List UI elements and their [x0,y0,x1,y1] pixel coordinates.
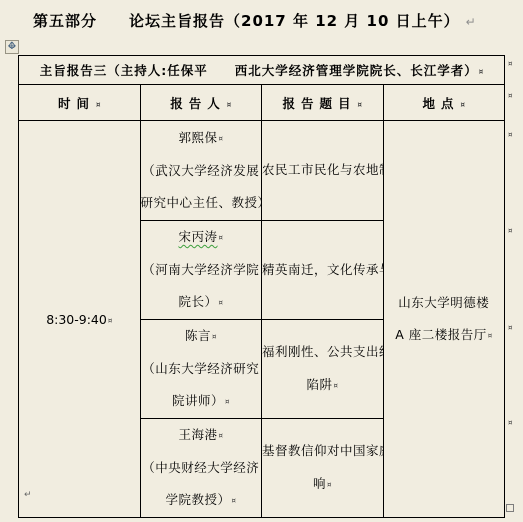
end-of-cell-mark: ¤ [227,101,231,109]
speaker-cell[interactable]: 宋丙涛¤ （河南大学经济学院 院长）¤ [140,221,262,320]
column-header-row: 时间¤ 报告人¤ 报告题目¤ 地点¤ [19,85,505,121]
table-move-handle[interactable]: ↔ ↕ [5,40,19,54]
topic-text: 农民工市民化与农地制度改革 [262,162,383,177]
document-title-text: 第五部分 论坛主旨报告（2017 年 12 月 10 日上午） [33,12,460,30]
end-of-row-mark: ¤ [508,324,512,332]
topic-cell[interactable]: 福利刚性、公共支出结构与福利 陷阱¤ [262,320,384,419]
topic-text: 精英南迁，文化传承与经济发展 [262,262,383,277]
word-document-page: 第五部分 论坛主旨报告（2017 年 12 月 10 日上午）↵ ↔ ↕ 主旨报… [0,0,523,522]
topic-cell[interactable]: 精英南迁，文化传承与经济发展¤ [262,221,384,320]
end-of-cell-mark: ¤ [219,234,223,242]
column-header-time[interactable]: 时间¤ [19,85,141,121]
topic-text-line: 陷阱 [307,377,333,392]
end-of-cell-mark: ¤ [219,432,223,440]
topic-text-line: 福利刚性、公共支出结构与福利 [262,335,383,368]
session-header-row: 主旨报告三（主持人:任保平 西北大学经济管理学院院长、长江学者）¤ [19,56,505,85]
column-header-topic-text: 报告题目 [283,96,357,111]
speaker-cell[interactable]: 陈言¤ （山东大学经济研究 院讲师）¤ [140,320,262,419]
topic-cell[interactable]: 基督教信仰对中国家庭生育率的影 响¤ [262,419,384,518]
column-header-topic[interactable]: 报告题目¤ [262,85,384,121]
speaker-affiliation-line: （中央财经大学经济 [141,452,262,484]
venue-cell[interactable]: 山东大学明德楼 A 座二楼报告厅¤ [383,121,505,518]
session-header-text: 主旨报告三（主持人:任保平 西北大学经济管理学院院长、长江学者） [40,63,478,78]
end-of-cell-mark: ¤ [488,332,492,340]
column-header-speaker-text: 报告人 [170,96,226,111]
topic-text-line: 响 [313,476,326,491]
end-of-cell-mark: ¤ [327,481,331,489]
speaker-cell[interactable]: 王海港¤ （中央财经大学经济 学院教授）¤ [140,419,262,518]
speaker-affiliation-line: 学院教授） [166,492,231,507]
time-cell[interactable]: 8:30-9:40¤ [19,121,141,518]
end-of-cell-mark: ¤ [358,101,362,109]
schedule-table: 主旨报告三（主持人:任保平 西北大学经济管理学院院长、长江学者）¤ 时间¤ 报告… [18,55,505,518]
topic-cell[interactable]: 农民工市民化与农地制度改革¤ [262,121,384,221]
end-of-cell-mark: ¤ [108,317,112,325]
speaker-affiliation-line: （山东大学经济研究 [141,353,262,385]
speaker-affiliation-line: 院长） [179,294,218,309]
speaker-name: 陈言 [185,328,211,343]
column-header-venue-text: 地点 [423,96,460,111]
speaker-cell[interactable]: 郭熙保¤ （武汉大学经济发展 研究中心主任、教授）¤ [140,121,262,221]
column-header-time-text: 时间 [58,96,95,111]
speaker-affiliation-line: （河南大学经济学院 [141,254,262,286]
speaker-name: 王海港 [179,427,218,442]
end-of-cell-mark: ¤ [334,382,338,390]
speaker-name: 郭熙保 [179,130,218,145]
speaker-affiliation-line: 院讲师） [172,393,224,408]
end-of-row-mark: ¤ [508,60,512,68]
document-title[interactable]: 第五部分 论坛主旨报告（2017 年 12 月 10 日上午）↵ [33,10,477,31]
time-text: 8:30-9:40 [46,312,107,327]
speaker-affiliation-line: 研究中心主任、教授） [141,195,262,210]
end-of-cell-mark: ¤ [96,101,100,109]
end-of-row-mark: ¤ [508,92,512,100]
end-of-cell-mark: ¤ [225,398,229,406]
end-of-cell-mark: ¤ [212,333,216,341]
end-of-row-mark: ¤ [508,227,512,235]
speaker-affiliation-line: （武汉大学经济发展 [141,155,262,187]
paragraph-mark-icon: ↵ [24,490,32,500]
column-header-venue[interactable]: 地点¤ [383,85,505,121]
end-of-row-mark: ¤ [508,131,512,139]
end-of-cell-mark: ¤ [219,299,223,307]
session-header-cell[interactable]: 主旨报告三（主持人:任保平 西北大学经济管理学院院长、长江学者）¤ [19,56,505,85]
speaker-name-spellcheck: 宋丙涛 [179,229,218,244]
topic-text-line: 基督教信仰对中国家庭生育率的影 [262,434,383,467]
end-of-cell-mark: ¤ [219,135,223,143]
venue-line1: 山东大学明德楼 [384,287,505,319]
end-of-cell-mark: ¤ [232,497,236,505]
end-of-row-mark: ¤ [508,419,512,427]
venue-line2: A 座二楼报告厅 [395,327,487,342]
paragraph-mark-icon: ↵ [466,15,477,29]
end-of-cell-mark: ¤ [461,101,465,109]
move-arrows-vertical-icon: ↕ [6,41,18,53]
table-row: 8:30-9:40¤ 郭熙保¤ （武汉大学经济发展 研究中心主任、教授）¤ 农民… [19,121,505,221]
end-of-cell-mark: ¤ [479,68,483,76]
column-header-speaker[interactable]: 报告人¤ [140,85,262,121]
table-resize-handle[interactable] [506,504,514,512]
